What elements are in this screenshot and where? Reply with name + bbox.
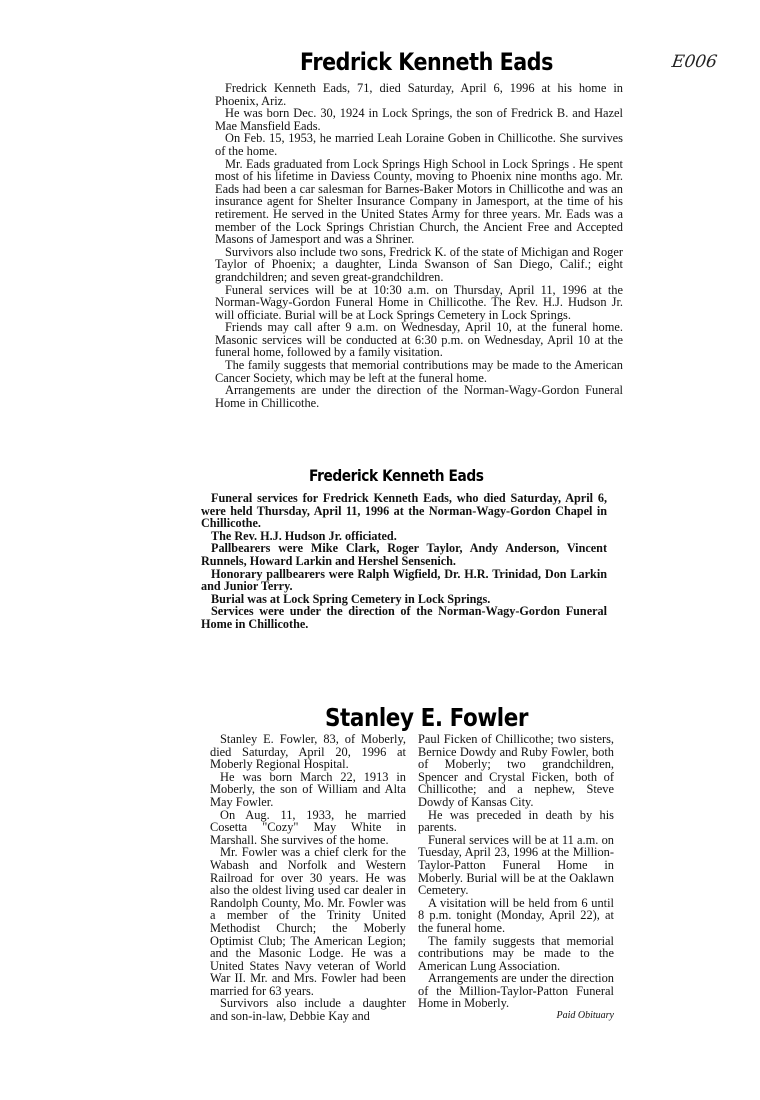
paragraph: He was born March 22, 1913 in Moberly, t… bbox=[210, 771, 406, 809]
paragraph: On Aug. 11, 1933, he married Cosetta "Co… bbox=[210, 809, 406, 847]
obituary-column-2-fowler: Paul Ficken of Chillicothe; two sisters,… bbox=[418, 733, 614, 1023]
obituary-title-eads: Fredrick Kenneth Eads bbox=[300, 48, 553, 76]
obituary-page: E006 Fredrick Kenneth Eads Fredrick Kenn… bbox=[0, 0, 760, 1100]
paragraph-continuation: Paul Ficken of Chillicothe; two sisters,… bbox=[418, 733, 614, 809]
paragraph: Mr. Fowler was a chief clerk for the Wab… bbox=[210, 846, 406, 997]
paragraph: Survivors also include a daughter and so… bbox=[210, 997, 406, 1022]
paragraph: Fredrick Kenneth Eads, 71, died Saturday… bbox=[215, 82, 623, 107]
obituary-body-eads: Fredrick Kenneth Eads, 71, died Saturday… bbox=[215, 82, 623, 409]
obituary-column-1-fowler: Stanley E. Fowler, 83, of Moberly, died … bbox=[210, 733, 406, 1023]
paragraph: Stanley E. Fowler, 83, of Moberly, died … bbox=[210, 733, 406, 771]
paragraph: Arrangements are under the direction of … bbox=[418, 972, 614, 1010]
paragraph: Funeral services for Fredrick Kenneth Ea… bbox=[201, 492, 607, 530]
paragraph: Friends may call after 9 a.m. on Wednesd… bbox=[215, 321, 623, 359]
paragraph: The family suggests that memorial contri… bbox=[418, 935, 614, 973]
paragraph: Arrangements are under the direction of … bbox=[215, 384, 623, 409]
paid-obituary-label: Paid Obituary bbox=[418, 1010, 614, 1023]
paragraph: He was preceded in death by his parents. bbox=[418, 809, 614, 834]
paragraph: On Feb. 15, 1953, he married Leah Lorain… bbox=[215, 132, 623, 157]
paragraph: A visitation will be held from 6 until 8… bbox=[418, 897, 614, 935]
paragraph: Funeral services will be at 11 a.m. on T… bbox=[418, 834, 614, 897]
paragraph: Honorary pallbearers were Ralph Wigfield… bbox=[201, 568, 607, 593]
obituary-title-fowler: Stanley E. Fowler bbox=[325, 703, 528, 732]
funeral-notice-title-eads: Frederick Kenneth Eads bbox=[309, 466, 484, 485]
paragraph: Funeral services will be at 10:30 a.m. o… bbox=[215, 284, 623, 322]
paragraph: Mr. Eads graduated from Lock Springs Hig… bbox=[215, 158, 623, 246]
handwritten-annotation: E006 bbox=[671, 52, 719, 72]
paragraph: Services were under the direction of the… bbox=[201, 605, 607, 630]
paragraph: Survivors also include two sons, Fredric… bbox=[215, 246, 623, 284]
paragraph: He was born Dec. 30, 1924 in Lock Spring… bbox=[215, 107, 623, 132]
paragraph: The family suggests that memorial contri… bbox=[215, 359, 623, 384]
funeral-notice-body-eads: Funeral services for Fredrick Kenneth Ea… bbox=[201, 492, 607, 631]
paragraph: Pallbearers were Mike Clark, Roger Taylo… bbox=[201, 542, 607, 567]
